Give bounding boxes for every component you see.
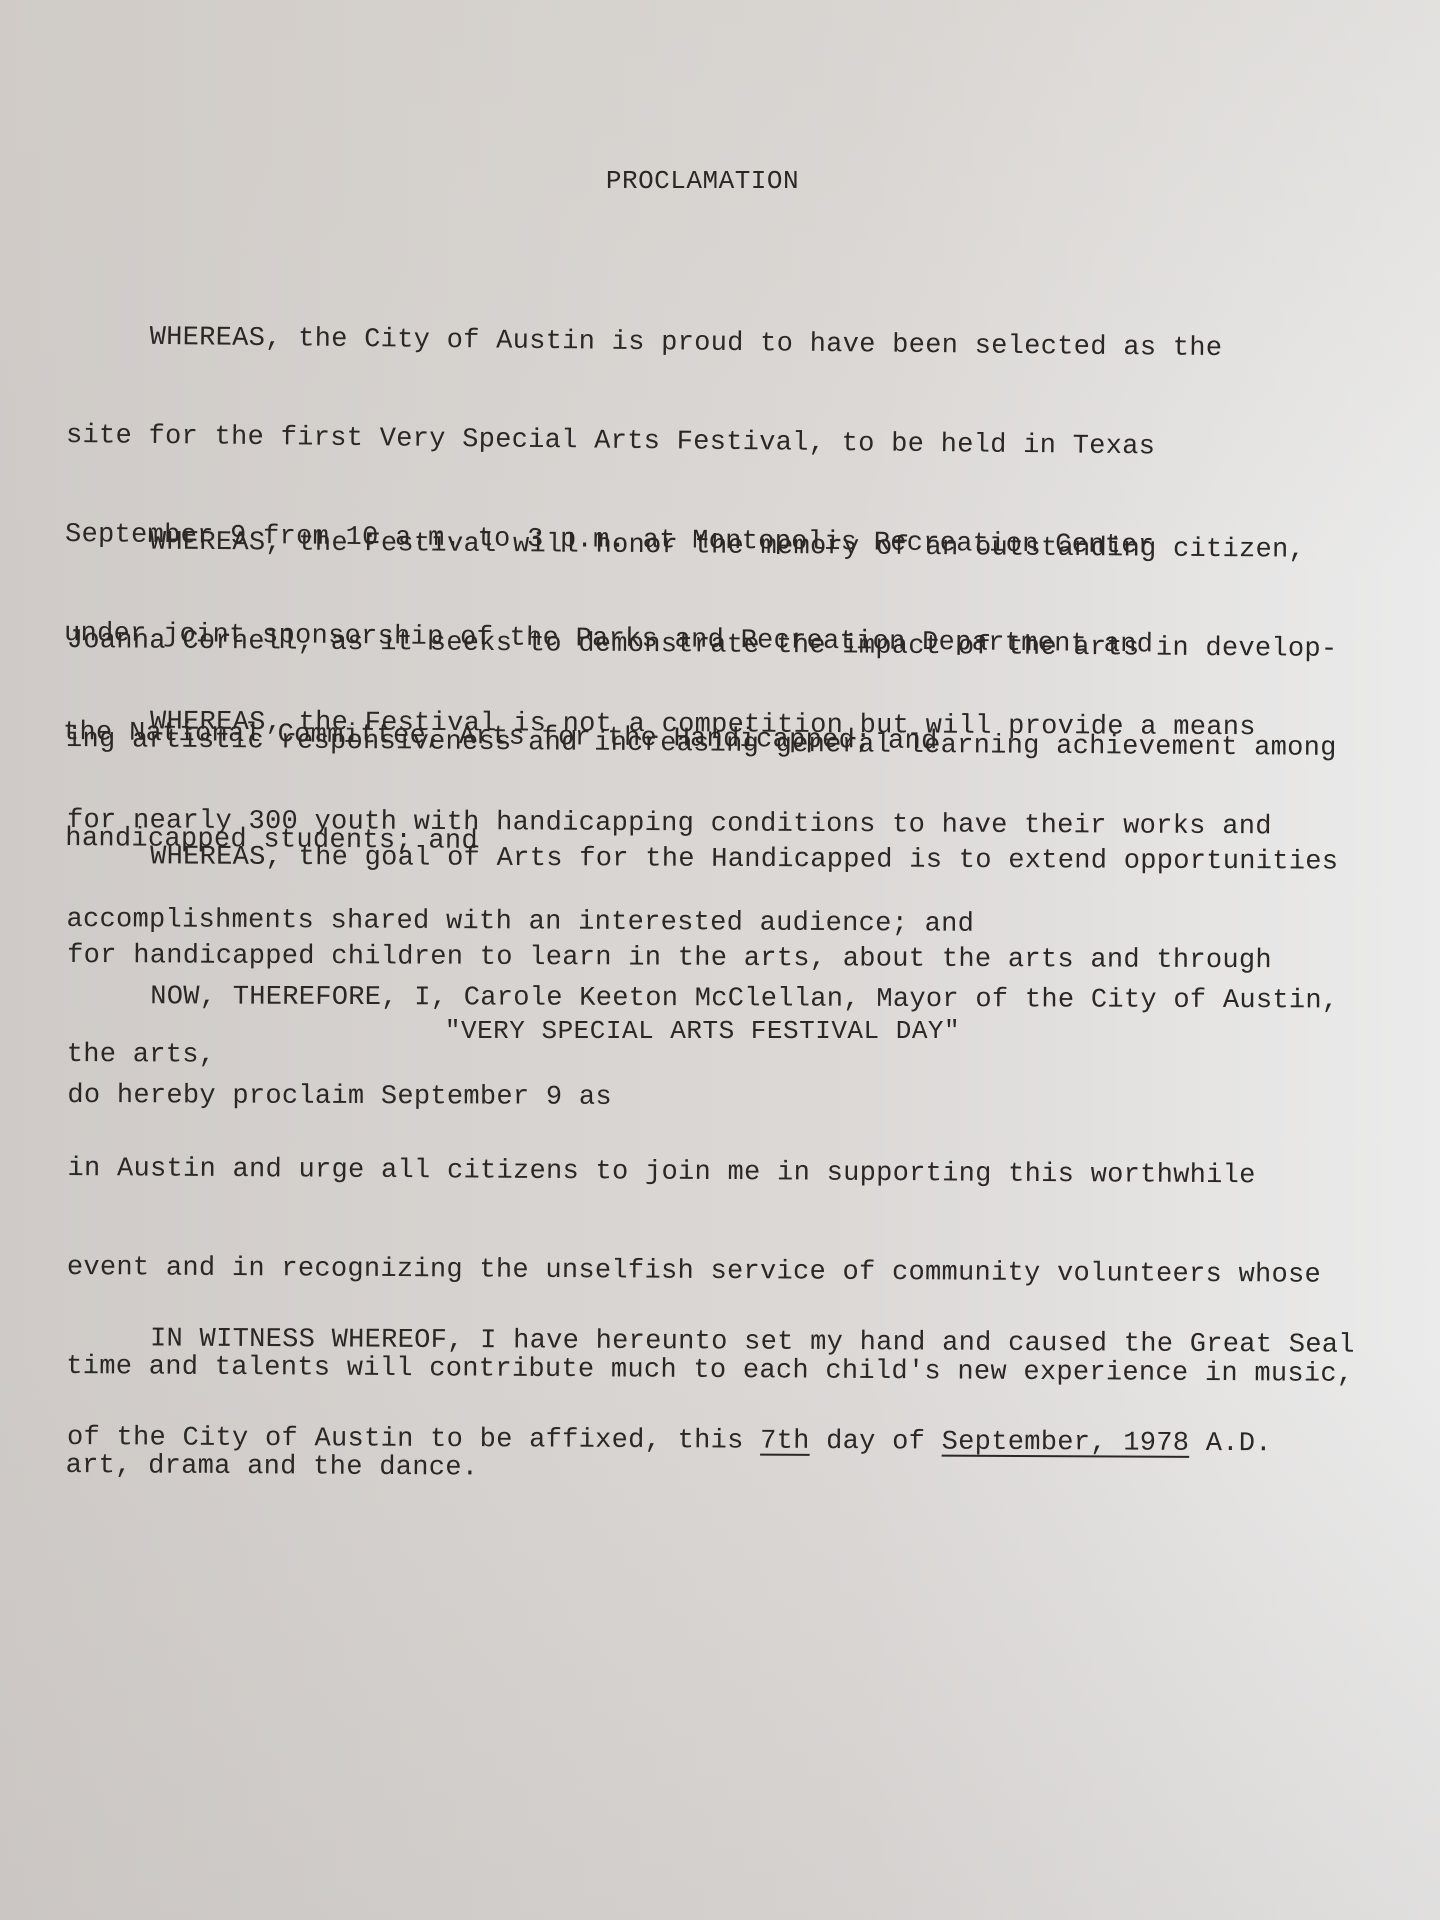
text-line: site for the first Very Special Arts Fes… xyxy=(66,420,1406,467)
text-line: WHEREAS, the City of Austin is proud to … xyxy=(67,321,1407,368)
document-title: PROCLAMATION xyxy=(0,166,1405,196)
text-line: in Austin and urge all citizens to join … xyxy=(67,1153,1407,1194)
witness-month-year: September, 1978 xyxy=(942,1428,1190,1459)
witness-text: of the City of Austin to be affixed, thi… xyxy=(67,1423,760,1457)
text-line: NOW, THEREFORE, I, Carole Keeton McClell… xyxy=(68,981,1408,1019)
witness-text: A.D. xyxy=(1189,1429,1272,1459)
text-line: of the City of Austin to be affixed, thi… xyxy=(67,1422,1407,1462)
witness-text: day of xyxy=(810,1427,942,1458)
proclaimed-day-title: "VERY SPECIAL ARTS FESTIVAL DAY" xyxy=(0,1016,1405,1046)
proclamation-document: PROCLAMATION WHEREAS, the City of Austin… xyxy=(0,0,1440,1920)
text-line: WHEREAS, the Festival is not a competiti… xyxy=(67,706,1407,746)
text-line: WHEREAS, the goal of Arts for the Handic… xyxy=(68,841,1408,880)
text-line: WHEREAS, the Festival will honor the mem… xyxy=(67,526,1407,568)
witness-paragraph: IN WITNESS WHEREOF, I have hereunto set … xyxy=(67,1257,1408,1528)
witness-day: 7th xyxy=(760,1427,810,1457)
text-line: IN WITNESS WHEREOF, I have hereunto set … xyxy=(67,1323,1407,1363)
